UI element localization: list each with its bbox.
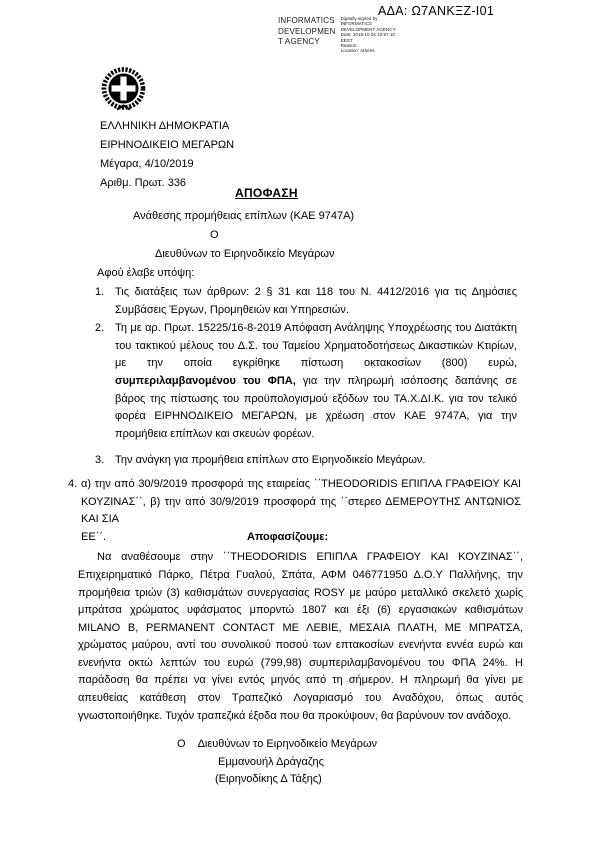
item-number: 4. bbox=[68, 476, 77, 494]
item-number: 1. bbox=[95, 284, 104, 302]
letterhead: ΕΛΛΗΝΙΚΗ ΔΗΜΟΚΡΑΤΙΑ ΕΙΡΗΝΟΔΙΚΕΙΟ ΜΕΓΑΡΩΝ… bbox=[100, 67, 234, 193]
decision-title: ΑΠΟΦΑΣΗ bbox=[235, 187, 298, 200]
place-and-date: Μέγαρα, 4/10/2019 bbox=[100, 155, 234, 174]
signature-details-text: Digitally signed by INFORMATICS DEVELOPM… bbox=[341, 16, 396, 54]
item-text-before-bold: Τη με αρ. Πρωτ. 15225/16-8-2019 Απόφαση … bbox=[115, 322, 517, 369]
signature-title: Διευθύνων το Ειρηνοδικείο Μεγάρων bbox=[198, 736, 378, 754]
item-text: Την ανάγκη για προμήθεια επίπλων στο Ειρ… bbox=[115, 454, 426, 466]
greek-national-emblem-icon bbox=[100, 67, 147, 112]
consideration-item-2: 2.Τη με αρ. Πρωτ. 15225/16-8-2019 Απόφασ… bbox=[115, 320, 517, 443]
signatory-capacity: (Ειρηνοδίκης Δ Τάξης) bbox=[215, 771, 595, 789]
state-name: ΕΛΛΗΝΙΚΗ ΔΗΜΟΚΡΑΤΙΑ bbox=[100, 117, 234, 136]
decision-subject: Ανάθεσης προμήθειας επίπλων (ΚΑΕ 9747Α) bbox=[133, 207, 595, 226]
item-number: 3. bbox=[95, 452, 104, 470]
verdict-body-paragraph: Να αναθέσουμε στην ΄΄THEODORIDIS ΕΠΙΠΛΑ … bbox=[78, 549, 523, 725]
item-text: α) την από 30/9/2019 προσφορά της εταιρε… bbox=[81, 478, 521, 525]
item-4-tail-and-verdict-row: ΕΕ΄΄. Αποφασίζουμε: bbox=[81, 529, 521, 547]
consideration-item-1: 1.Τις διατάξεις των άρθρων: 2 § 31 και 1… bbox=[115, 284, 517, 319]
signer-agency-name: INFORMATICS DEVELOPMEN T AGENCY bbox=[278, 16, 336, 54]
document-page: ΑΔΑ: Ω7ΑΝΚΞΖ-Ι01 INFORMATICS DEVELOPMEN … bbox=[0, 0, 595, 842]
item-bold-text: συμπεριλαμβανομένου του ΦΠΑ, bbox=[115, 375, 296, 387]
court-name: ΕΙΡΗΝΟΔΙΚΕΙΟ ΜΕΓΑΡΩΝ bbox=[100, 136, 234, 155]
item-text-tail: ΕΕ΄΄. bbox=[81, 531, 106, 543]
consideration-item-3: 3.Την ανάγκη για προμήθεια επίπλων στο Ε… bbox=[115, 452, 517, 470]
decision-content: ΑΠΟΦΑΣΗ Ανάθεσης προμήθειας επίπλων (ΚΑΕ… bbox=[0, 187, 595, 789]
item-text: Τις διατάξεις των άρθρων: 2 § 31 και 118… bbox=[115, 286, 517, 316]
signature-title-row: Ο Διευθύνων το Ειρηνοδικείο Μεγάρων bbox=[177, 736, 595, 754]
issuer-title: Διευθύνων το Ειρηνοδικείο Μεγάρων bbox=[155, 245, 595, 264]
preamble-label: Αφού έλαβε υπόψη: bbox=[97, 264, 595, 283]
digital-signature-stamp: INFORMATICS DEVELOPMEN T AGENCY Digitall… bbox=[278, 16, 396, 54]
consideration-item-4: 4.α) την από 30/9/2019 προσφορά της εται… bbox=[81, 476, 521, 529]
signatory-name: Εμμανουήλ Δράγαζης bbox=[218, 754, 595, 772]
signature-article: Ο bbox=[177, 736, 186, 754]
issuer-article: Ο bbox=[210, 226, 595, 245]
item-number: 2. bbox=[95, 320, 104, 338]
verdict-label: Αποφασίζουμε: bbox=[247, 529, 328, 547]
